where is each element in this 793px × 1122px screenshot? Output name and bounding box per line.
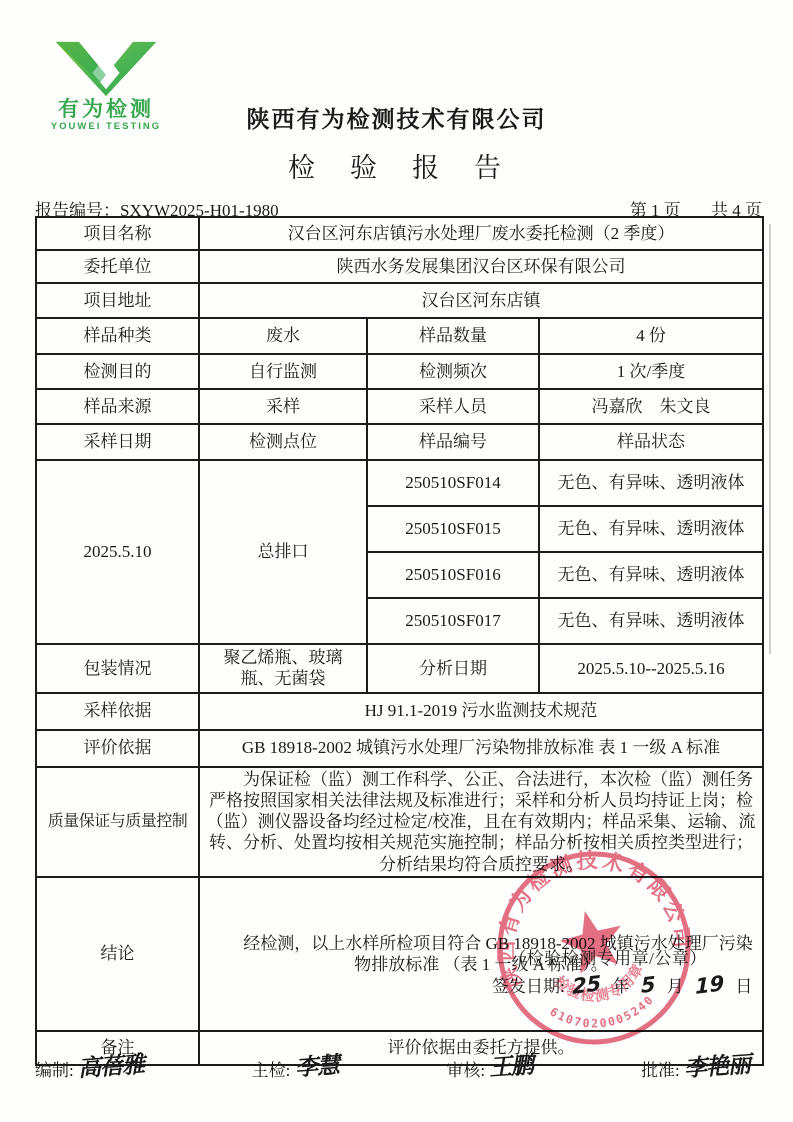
- cell-sample-status: 无色、有异味、透明液体: [539, 460, 763, 506]
- cell-sample-status: 无色、有异味、透明液体: [539, 506, 763, 552]
- cell-address-label: 项目地址: [36, 283, 199, 318]
- cell-sampler-value: 冯嘉欣 朱文良: [539, 389, 763, 424]
- cell-sample-type-label: 样品种类: [36, 318, 199, 354]
- cell-frequency-value: 1 次/季度: [539, 354, 763, 389]
- cell-analysis-date-value: 2025.5.10--2025.5.16: [539, 644, 763, 693]
- cell-project-name-label: 项目名称: [36, 217, 199, 250]
- cell-sampling-point: 总排口: [199, 460, 367, 644]
- col-header-point: 检测点位: [199, 424, 367, 460]
- cell-sampler-label: 采样人员: [367, 389, 539, 424]
- chief-signature: 李慧: [293, 1047, 339, 1083]
- issue-year-handwritten: 25: [572, 971, 601, 999]
- cell-sampling-basis-label: 采样依据: [36, 693, 199, 730]
- col-header-sampling-date: 采样日期: [36, 424, 199, 460]
- cell-sample-id: 250510SF016: [367, 552, 539, 598]
- issue-month-handwritten: 5: [641, 972, 656, 998]
- cell-sample-id: 250510SF014: [367, 460, 539, 506]
- issue-year-unit: 年: [612, 977, 629, 996]
- issue-date-line: 签发日期: 25 年 5 月 19 日: [492, 972, 756, 997]
- logo-w-icon: [47, 36, 165, 98]
- review-label: 审核:: [446, 1061, 485, 1080]
- issue-day-handwritten: 19: [695, 971, 724, 999]
- cell-client-value: 陕西水务发展集团汉台区环保有限公司: [199, 250, 763, 283]
- cell-client-label: 委托单位: [36, 250, 199, 283]
- prepared-by: 编制: 高蓓雅: [35, 1050, 144, 1083]
- prepared-signature: 高蓓雅: [77, 1046, 145, 1084]
- review-signature: 王鹏: [488, 1047, 534, 1083]
- cell-sample-id: 250510SF017: [367, 598, 539, 644]
- cell-conclusion-label: 结论: [36, 877, 199, 1031]
- cell-purpose-label: 检测目的: [36, 354, 199, 389]
- qa-paragraph: 为保证检（监）测工作科学、公正、合法进行，本次检（监）测任务严格按照国家相关法律…: [203, 769, 759, 875]
- cell-evaluation-basis-value: GB 18918-2002 城镇污水处理厂污染物排放标准 表 1 一级 A 标准: [199, 730, 763, 767]
- cell-sample-count-label: 样品数量: [367, 318, 539, 354]
- cell-qa-value: 为保证检（监）测工作科学、公正、合法进行，本次检（监）测任务严格按照国家相关法律…: [199, 767, 763, 877]
- chief-label: 主检:: [252, 1061, 291, 1080]
- issue-date-label: 签发日期:: [492, 977, 565, 996]
- cell-sampling-date: 2025.5.10: [36, 460, 199, 644]
- report-table: 项目名称 汉台区河东店镇污水处理厂废水委托检测（2 季度） 委托单位 陕西水务发…: [35, 216, 764, 1066]
- cell-sample-type-value: 废水: [199, 318, 367, 354]
- cell-source-value: 采样: [199, 389, 367, 424]
- approve-label: 批准:: [641, 1061, 680, 1080]
- seal-caption: （检验检测专用章/公章）: [505, 944, 711, 969]
- chief-inspector: 主检: 李慧: [252, 1050, 339, 1083]
- reviewed-by: 审核: 王鹏: [446, 1050, 533, 1083]
- approved-by: 批准: 李艳丽: [641, 1050, 750, 1083]
- cell-source-label: 样品来源: [36, 389, 199, 424]
- cell-evaluation-basis-label: 评价依据: [36, 730, 199, 767]
- cell-analysis-date-label: 分析日期: [367, 644, 539, 693]
- cell-packaging-value: 聚乙烯瓶、玻璃瓶、无菌袋: [199, 644, 367, 693]
- issue-day-unit: 日: [735, 977, 752, 996]
- scan-artifact-line: [769, 224, 771, 654]
- cell-sample-id: 250510SF015: [367, 506, 539, 552]
- cell-address-value: 汉台区河东店镇: [199, 283, 763, 318]
- cell-sample-status: 无色、有异味、透明液体: [539, 552, 763, 598]
- cell-sampling-basis-value: HJ 91.1-2019 污水监测技术规范: [199, 693, 763, 730]
- approve-signature: 李艳丽: [683, 1046, 751, 1084]
- prepared-label: 编制:: [35, 1061, 74, 1080]
- company-name-title: 陕西有为检测技术有限公司: [0, 101, 793, 134]
- signature-footer: 编制: 高蓓雅 主检: 李慧 审核: 王鹏 批准: 李艳丽: [35, 1050, 750, 1083]
- cell-frequency-label: 检测频次: [367, 354, 539, 389]
- col-header-status: 样品状态: [539, 424, 763, 460]
- cell-sample-count-value: 4 份: [539, 318, 763, 354]
- cell-qa-label: 质量保证与质量控制: [36, 767, 199, 877]
- issue-month-unit: 月: [667, 977, 684, 996]
- cell-purpose-value: 自行监测: [199, 354, 367, 389]
- report-page: 有为检测 YOUWEI TESTING 陕西有为检测技术有限公司 检 验 报 告…: [0, 0, 793, 1122]
- cell-packaging-label: 包装情况: [36, 644, 199, 693]
- report-title: 检 验 报 告: [0, 146, 793, 185]
- cell-project-name-value: 汉台区河东店镇污水处理厂废水委托检测（2 季度）: [199, 217, 763, 250]
- col-header-sample-id: 样品编号: [367, 424, 539, 460]
- cell-sample-status: 无色、有异味、透明液体: [539, 598, 763, 644]
- table-row: 2025.5.10 总排口 250510SF014 无色、有异味、透明液体: [36, 460, 763, 506]
